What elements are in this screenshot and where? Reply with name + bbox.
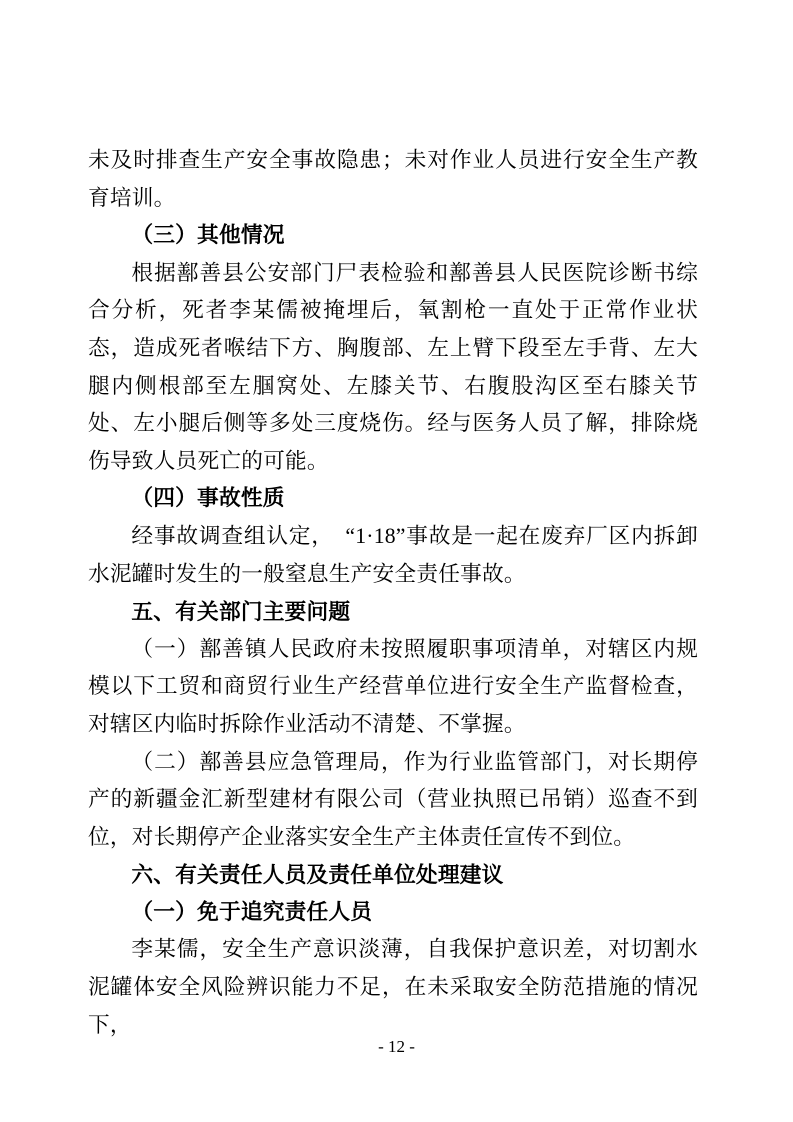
heading-section-five-department-problems: 五、有关部门主要问题 <box>88 593 698 631</box>
paragraph-forensic-analysis: 根据鄯善县公安部门尸表检验和鄯善县人民医院诊断书综合分析，死者李某儒被掩埋后，氧… <box>88 255 698 481</box>
page-number: - 12 - <box>0 1037 793 1057</box>
paragraph-li-mouru-responsibility: 李某儒，安全生产意识淡薄，自我保护意识差，对切割水泥罐体安全风险辨识能力不足，在… <box>88 931 698 1044</box>
document-body: 未及时排查生产安全事故隐患；未对作业人员进行安全生产教育培训。 （三）其他情况 … <box>88 142 698 1044</box>
paragraph-emergency-bureau-problem: （二）鄯善县应急管理局，作为行业监管部门，对长期停产的新疆金汇新型建材有限公司（… <box>88 744 698 857</box>
heading-accident-nature: （四）事故性质 <box>88 480 698 518</box>
heading-exempt-from-accountability: （一）免于追究责任人员 <box>88 894 698 932</box>
paragraph-continued-hazard-training: 未及时排查生产安全事故隐患；未对作业人员进行安全生产教育培训。 <box>88 142 698 217</box>
document-page: 未及时排查生产安全事故隐患；未对作业人员进行安全生产教育培训。 （三）其他情况 … <box>0 0 793 1122</box>
paragraph-town-government-problem: （一）鄯善镇人民政府未按照履职事项清单，对辖区内规模以下工贸和商贸行业生产经营单… <box>88 631 698 744</box>
heading-section-six-handling-suggestions: 六、有关责任人员及责任单位处理建议 <box>88 856 698 894</box>
heading-other-circumstances: （三）其他情况 <box>88 217 698 255</box>
paragraph-accident-determination: 经事故调查组认定， “1·18”事故是一起在废弃厂区内拆卸水泥罐时发生的一般窒息… <box>88 518 698 593</box>
